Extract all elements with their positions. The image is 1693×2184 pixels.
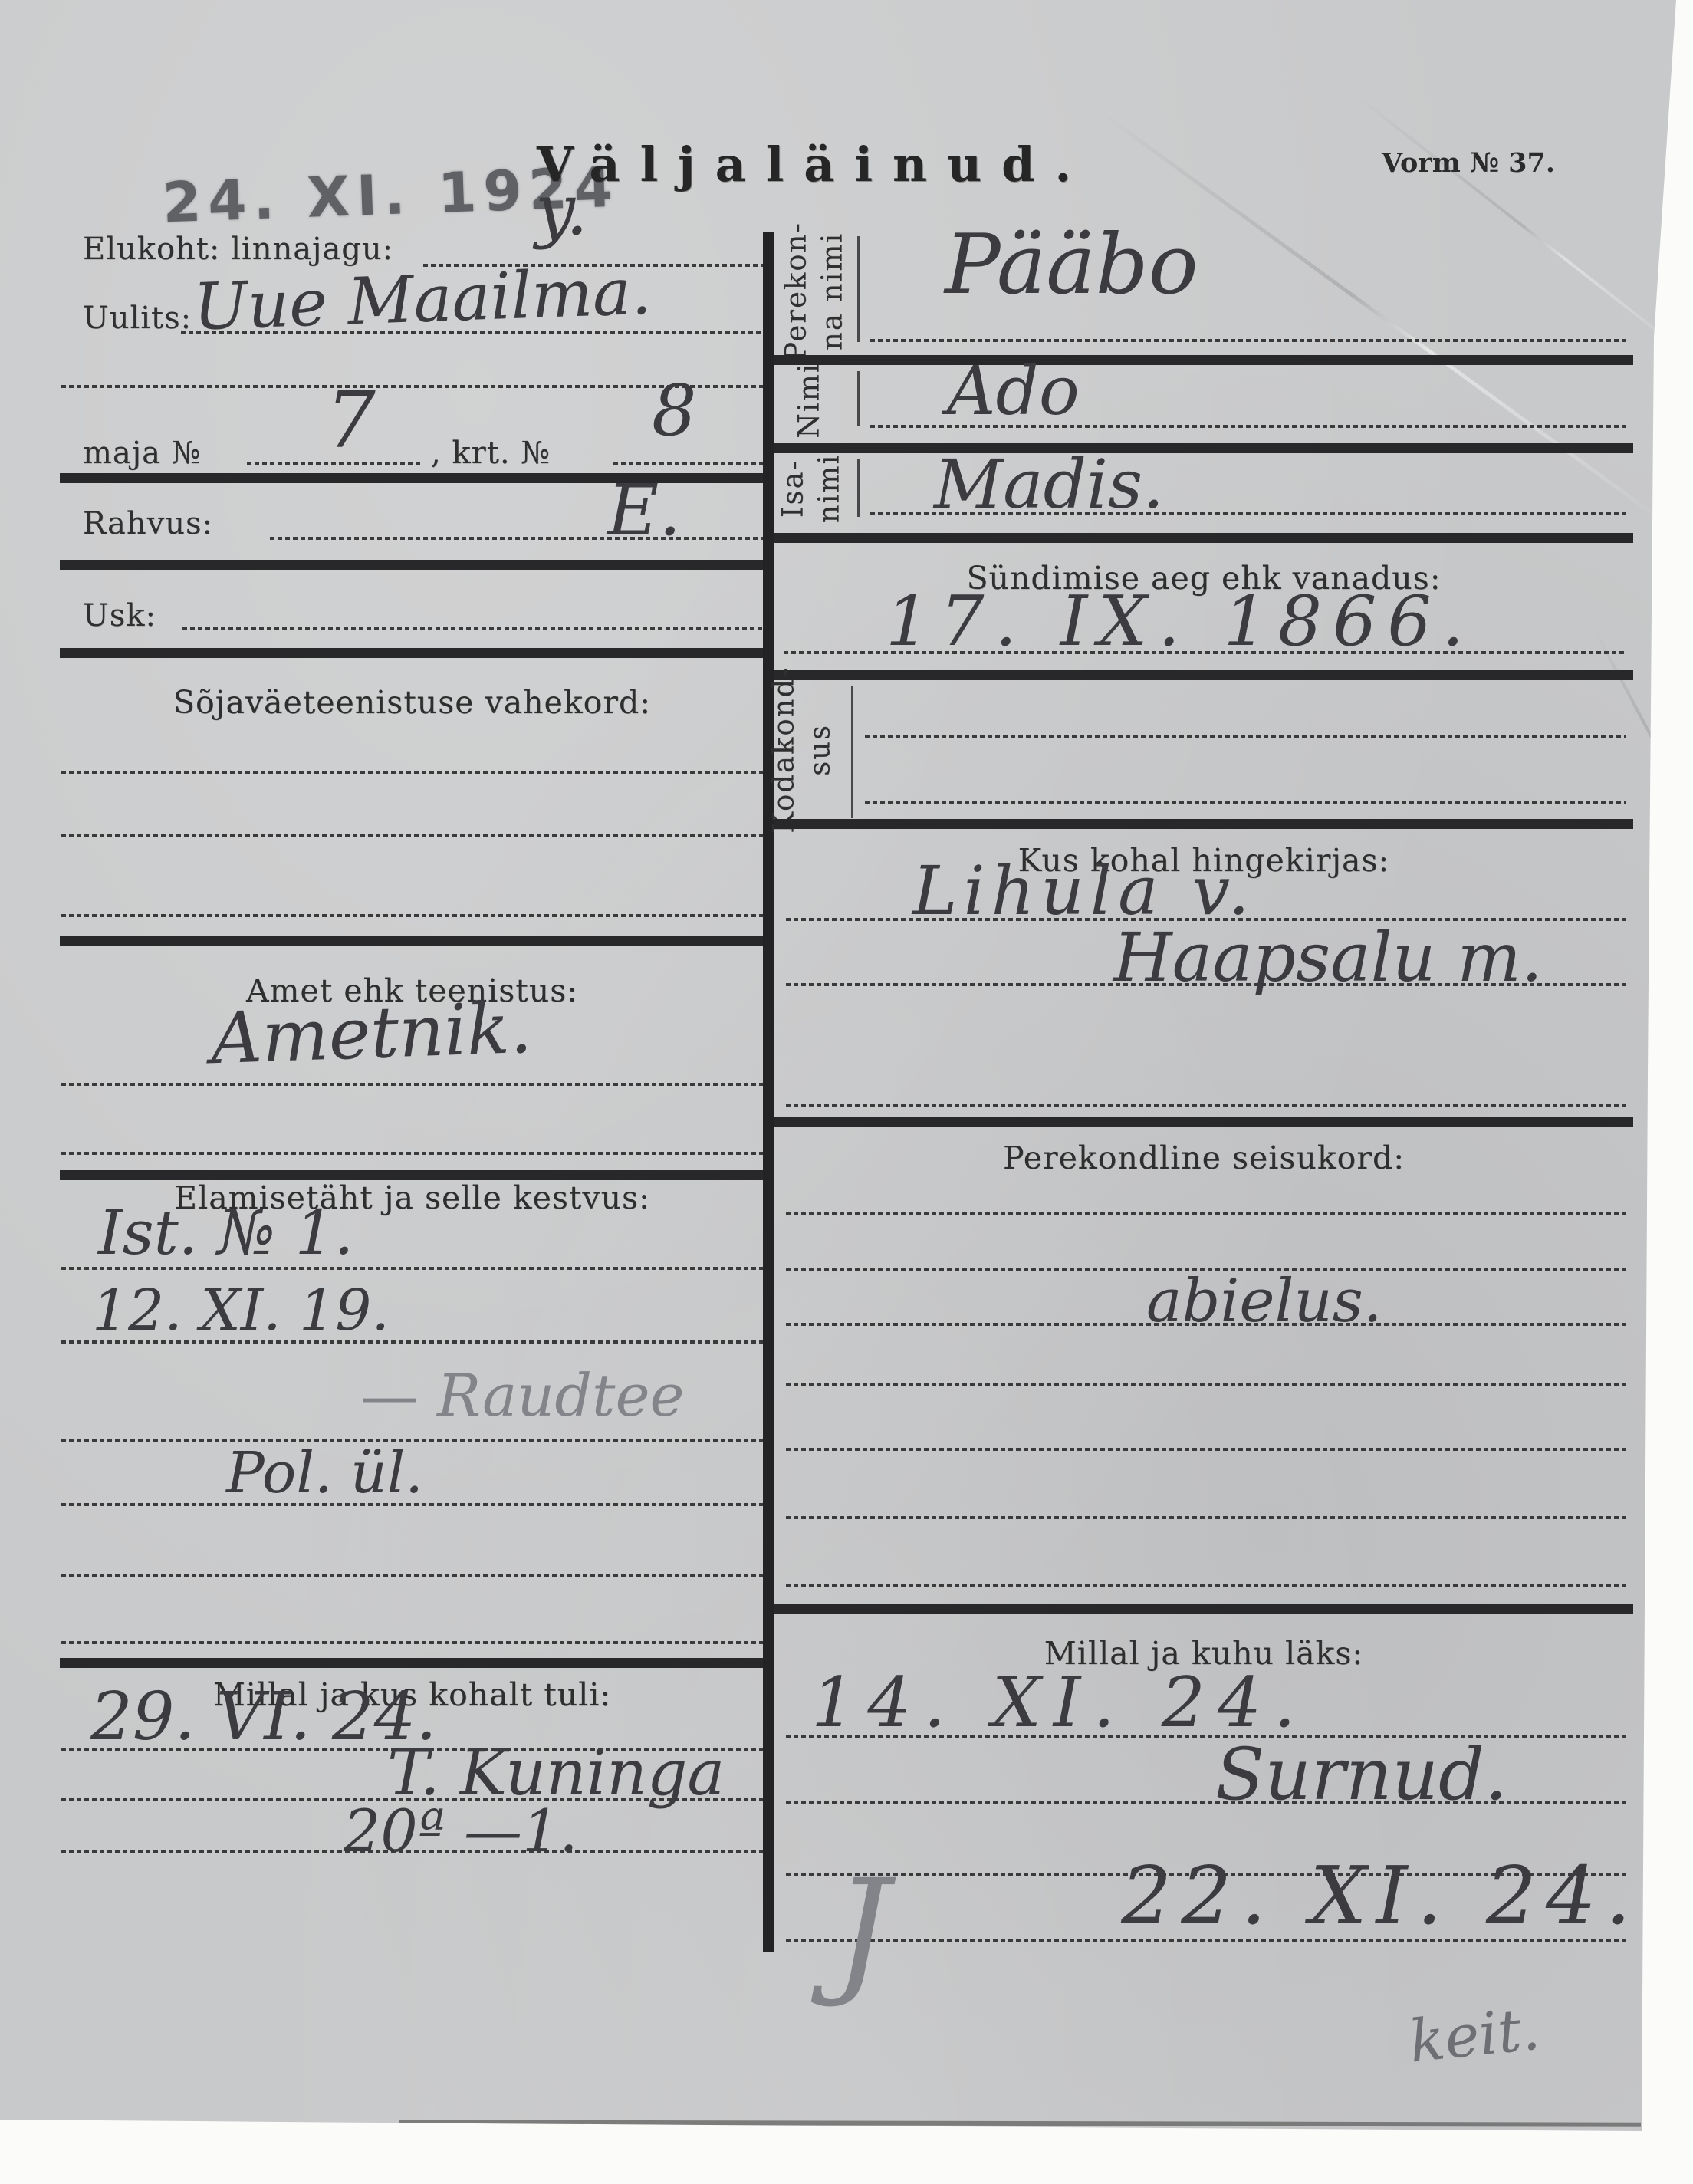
rahvus-handwriting: E. xyxy=(607,475,681,546)
elamisetaht-handwriting-4: Pol. ül. xyxy=(226,1445,423,1501)
elukoht-label: Elukoht: linnajagu: xyxy=(83,232,393,267)
elamisetaht-handwriting-1: Ist. № 1. xyxy=(98,1202,353,1264)
perekonnanimi-vertical-label: Perekon- na nimi xyxy=(778,222,851,361)
dotted-line-amet xyxy=(61,1083,763,1086)
dotted-line-empty xyxy=(786,1383,1626,1386)
section-divider xyxy=(774,355,1633,365)
laks-handwriting-3: 22. XI. 24. xyxy=(1121,1856,1640,1936)
dotted-line xyxy=(786,1801,1626,1804)
dotted-line-empty xyxy=(61,1574,763,1577)
dotted-line xyxy=(784,651,1626,654)
dotted-line-empty xyxy=(61,771,763,774)
crease-line xyxy=(1593,630,1693,821)
column-divider xyxy=(763,232,774,1952)
dotted-line-empty xyxy=(786,1104,1626,1107)
isanimi-label-line2: nimi xyxy=(813,454,846,524)
usk-label: Usk: xyxy=(83,598,156,633)
rahvus-label: Rahvus: xyxy=(83,506,213,541)
dotted-line xyxy=(870,425,1626,428)
form-number: Vorm № 37. xyxy=(1382,147,1555,179)
section-divider xyxy=(774,443,1633,453)
label-separator-line xyxy=(857,371,860,426)
krt-label: , krt. № xyxy=(431,436,551,471)
section-divider xyxy=(774,1117,1633,1127)
elamisetaht-handwriting-3-pencil: — Raudtee xyxy=(360,1367,685,1425)
perekonnanimi-handwriting: Pääbo xyxy=(945,224,1198,307)
dotted-line-empty xyxy=(61,914,763,917)
isanimi-label-line1: Isa- xyxy=(777,459,810,518)
crease-line xyxy=(1353,92,1693,359)
dotted-line-empty xyxy=(865,801,1626,804)
dotted-line-empty xyxy=(786,1516,1626,1519)
laks-handwriting-1: 14. XI. 24. xyxy=(811,1669,1308,1738)
dotted-line xyxy=(786,1939,1626,1942)
maja-label: maja № xyxy=(83,436,202,471)
sojavae-heading: Sõjaväeteenistuse vahekord: xyxy=(61,684,763,721)
dotted-line xyxy=(61,1850,763,1853)
sundimise-handwriting: 17. IX. 1866. xyxy=(886,587,1474,656)
hingekirjas-handwriting-2: Haapsalu m. xyxy=(1113,924,1543,992)
maja-number-handwriting: 7 xyxy=(326,382,376,460)
dotted-line xyxy=(786,1323,1626,1326)
dotted-line-empty xyxy=(61,1152,763,1155)
isanimi-handwriting: Madis. xyxy=(934,451,1164,518)
uulits-handwriting: Uue Maailma. xyxy=(192,259,653,340)
section-divider xyxy=(774,1604,1633,1614)
dotted-line xyxy=(61,1340,763,1344)
pencil-mark: J xyxy=(834,1862,889,2000)
section-divider xyxy=(60,936,763,946)
dotted-line-empty xyxy=(786,1584,1626,1587)
pencil-note: keit. xyxy=(1406,1999,1542,2071)
label-separator-line xyxy=(851,686,853,818)
dotted-line-krt xyxy=(613,462,763,465)
dotted-line-empty xyxy=(61,834,763,837)
section-divider xyxy=(60,648,763,658)
dotted-line-rahvus xyxy=(270,537,763,540)
dotted-line xyxy=(786,983,1626,986)
seisukord-heading: Perekondline seisukord: xyxy=(782,1140,1626,1176)
dotted-line xyxy=(61,1267,763,1270)
dotted-line-usk xyxy=(182,627,763,630)
nimi-vertical-label: Nimi xyxy=(791,362,827,438)
perekonnanimi-label-line2: na nimi xyxy=(816,232,849,350)
section-divider xyxy=(774,819,1633,829)
uulits-label: Uulits: xyxy=(83,301,192,336)
dotted-line-empty xyxy=(865,735,1626,738)
dotted-line xyxy=(870,512,1626,515)
nimi-label: Nimi xyxy=(792,362,825,438)
paper-bottom-edge-shadow xyxy=(399,2120,1641,2126)
tuli-handwriting-1: 29. VI. 24. xyxy=(90,1684,437,1750)
isanimi-vertical-label: Isa- nimi xyxy=(775,454,848,524)
section-divider xyxy=(60,1658,763,1668)
kodakondsus-label-line2: sus xyxy=(804,724,837,776)
amet-handwriting: Ametnik. xyxy=(210,993,534,1075)
dotted-line-empty xyxy=(786,1212,1626,1215)
section-divider xyxy=(774,670,1633,680)
dotted-line-empty xyxy=(61,1641,763,1644)
form-title: Väljaläinud. xyxy=(537,136,1091,192)
elamisetaht-handwriting-2: 12. XI. 19. xyxy=(92,1282,390,1339)
tuli-handwriting-2: T. Kuninga xyxy=(387,1742,725,1805)
section-divider xyxy=(60,560,763,570)
label-separator-line xyxy=(857,459,860,517)
section-divider xyxy=(774,533,1633,543)
kodakondsus-vertical-label: Kodakond- sus xyxy=(766,666,839,833)
hingekirjas-handwriting-1: Lihula v. xyxy=(912,857,1256,925)
perekonnanimi-label-line1: Perekon- xyxy=(780,222,813,361)
nimi-handwriting: Ado xyxy=(947,357,1080,425)
krt-number-handwriting: 8 xyxy=(652,376,697,446)
dotted-line xyxy=(61,1503,763,1506)
kodakondsus-label-line1: Kodakond- xyxy=(768,666,800,833)
label-separator-line xyxy=(857,236,860,342)
dotted-line-empty xyxy=(786,1448,1626,1451)
paper-sheet: 24. XI. 1924 y. Väljaläinud. Vorm № 37. … xyxy=(0,0,1693,2184)
dotted-line xyxy=(870,339,1626,342)
